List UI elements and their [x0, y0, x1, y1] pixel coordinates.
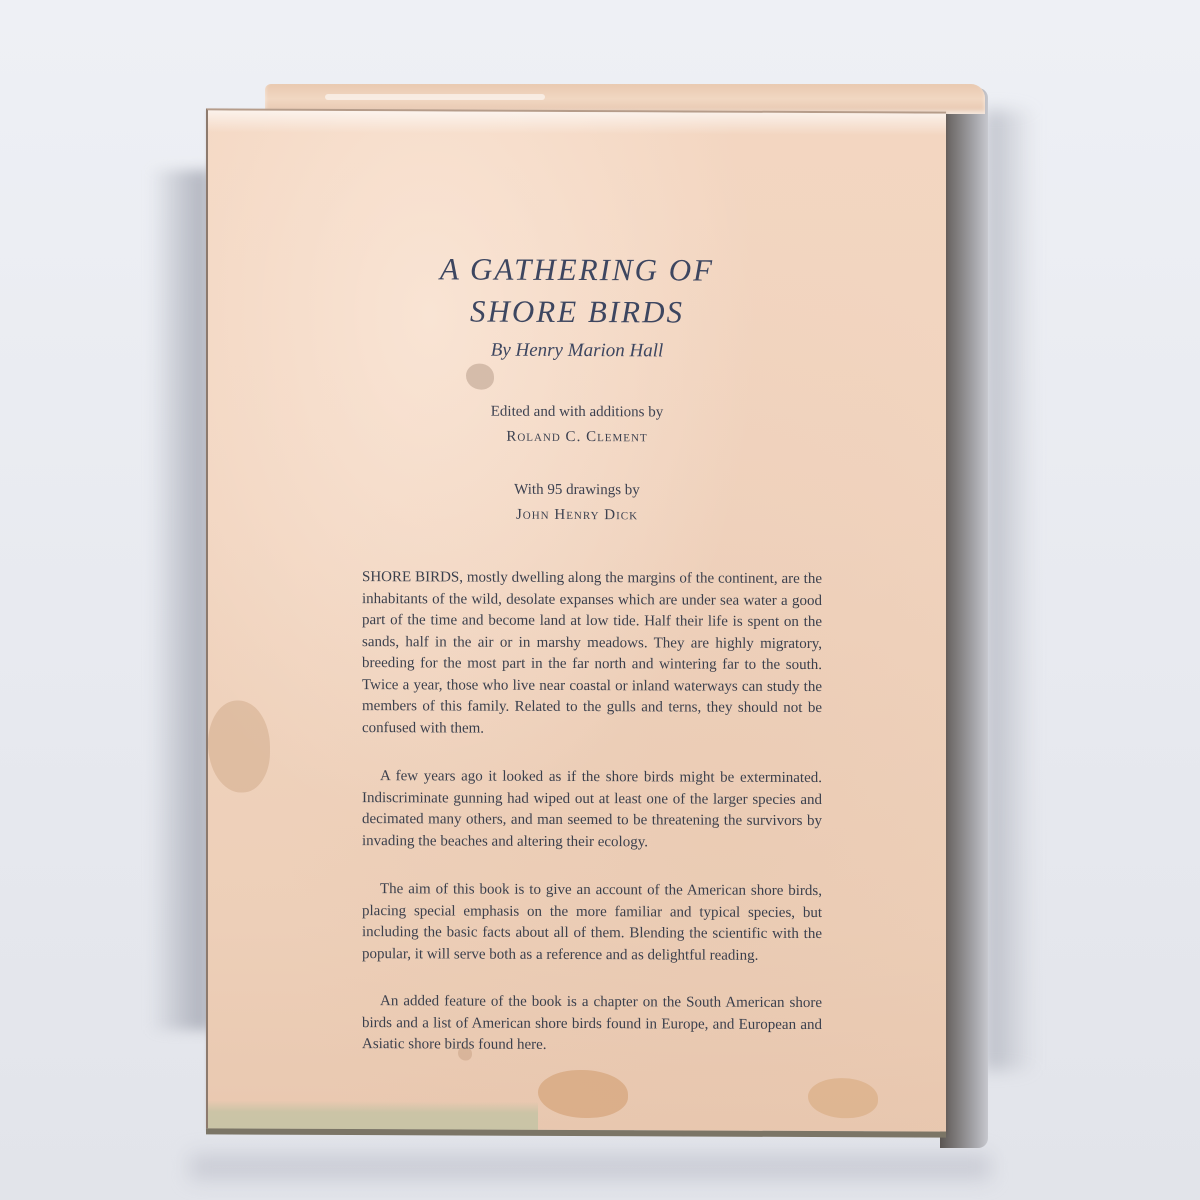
blurb-paragraph: A few years ago it looked as if the shor… — [362, 766, 822, 854]
jacket-text: A GATHERING OF SHORE BIRDS By Henry Mari… — [208, 110, 946, 1131]
illustrator-name: John Henry Dick — [208, 505, 946, 525]
editor-label: Edited and with additions by — [208, 402, 946, 422]
illustrator-label: With 95 drawings by — [208, 480, 946, 500]
editor-name: Roland C. Clement — [208, 427, 946, 447]
blurb-paragraph: SHORE BIRDS, mostly dwelling along the m… — [362, 567, 822, 741]
blurb-paragraph: An added feature of the book is a chapte… — [362, 991, 822, 1058]
dust-jacket-back: A GATHERING OF SHORE BIRDS By Henry Mari… — [206, 108, 946, 1131]
book-title-line-2: SHORE BIRDS — [208, 290, 946, 333]
book-board-edge — [940, 88, 988, 1148]
book-shadow-right — [985, 110, 1035, 1070]
book-title-line-1: A GATHERING OF — [208, 248, 946, 291]
floor-shadow — [190, 1155, 990, 1179]
book-shadow-left — [150, 170, 210, 1030]
book-author: By Henry Marion Hall — [208, 338, 946, 363]
blurb-paragraph: The aim of this book is to give an accou… — [362, 879, 822, 967]
